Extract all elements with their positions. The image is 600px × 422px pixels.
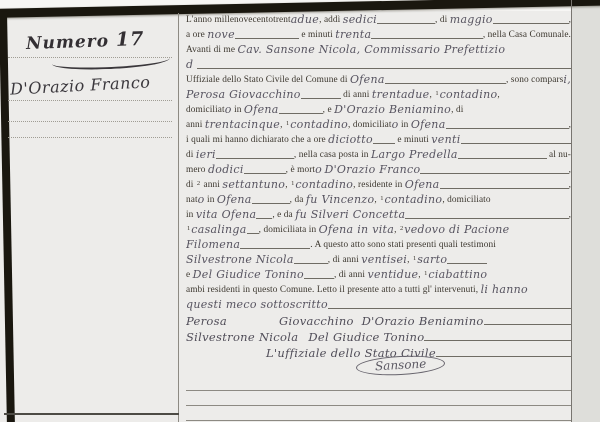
record-line: questi meco sottoscritto: [186, 296, 571, 311]
blank-rule: [235, 38, 299, 39]
handwritten-text: Perosa: [186, 315, 227, 327]
blank-rule: [256, 218, 272, 219]
printed-text: , nella Casa Comunale.: [483, 30, 571, 41]
blank-rule: [458, 158, 547, 159]
handwritten-text: i,: [563, 74, 571, 86]
handwritten-text: ciabattino: [428, 269, 487, 281]
handwritten-text: venti: [431, 134, 460, 146]
margin-separator-line: [178, 13, 179, 422]
handwritten-text: nove: [207, 29, 235, 41]
handwritten-text: o: [198, 194, 205, 206]
handwritten-text: D'Orazio Beniamino: [334, 104, 451, 116]
handwritten-text: Cav. Sansone Nicola, Commissario Prefett…: [237, 44, 505, 56]
footnote-mark: 1: [291, 180, 294, 187]
record-line: e Del Giudice Tonino, di anni ventidue, …: [186, 266, 571, 281]
printed-text: e minuti: [299, 30, 335, 41]
handwritten-text: Ofena: [411, 119, 446, 131]
printed-text: mero: [186, 165, 208, 176]
blank-rule: [304, 278, 334, 279]
printed-text: di: [186, 150, 196, 161]
handwritten-text: Del Giudice Tonino: [308, 331, 424, 343]
printed-text: a ore: [186, 30, 207, 41]
record-line: Filomena. A questo atto sono stati prese…: [186, 236, 571, 251]
handwritten-text: Silvestrone Nicola: [186, 254, 294, 266]
handwritten-text: trenta: [335, 29, 371, 41]
handwritten-text: contadino: [384, 194, 442, 206]
act-text-column: L'anno millenovecentotrentadue, addì sed…: [186, 11, 571, 421]
handwritten-text: diciotto: [328, 134, 373, 146]
margin-column: Numero 17 D'Orazio Franco: [0, 0, 178, 422]
printed-text: di: [186, 180, 196, 191]
footnote-mark: 2: [197, 180, 200, 187]
blank-rule: [216, 158, 294, 159]
printed-text: ,: [429, 90, 434, 101]
blank-rule: [405, 218, 568, 219]
handwritten-text: o: [225, 104, 232, 116]
printed-text: in: [186, 210, 196, 221]
handwritten-text: Giovacchino D'Orazio Beniamino: [279, 315, 484, 327]
handwritten-text: dodici: [208, 164, 244, 176]
blank-rule: [247, 233, 259, 234]
handwritten-text: casalinga: [191, 224, 246, 236]
margin-dotted-rule: [8, 137, 172, 138]
record-line: in vita Ofena, e da fu Silveri Concetta,: [186, 206, 571, 221]
blank-rule: [373, 143, 395, 144]
blank-rule: [446, 128, 569, 129]
handwritten-text: vita Ofena: [196, 209, 256, 221]
footnote-mark: 1: [413, 255, 416, 262]
printed-text: , domiciliat: [348, 120, 392, 131]
handwritten-text: Ofena: [217, 194, 252, 206]
empty-ruled-line: [186, 406, 571, 421]
handwritten-text: contadino: [295, 179, 353, 191]
handwritten-text: li hanno: [481, 284, 528, 296]
death-record-scan: Numero 17 D'Orazio Franco L'anno milleno…: [0, 0, 600, 422]
printed-text: , è mort: [286, 165, 315, 176]
printed-text: anni: [186, 120, 205, 131]
printed-text: ,: [569, 180, 571, 191]
record-line: di ieri, nella casa posta in Largo Prede…: [186, 146, 571, 161]
record-line: L'anno millenovecentotrentadue, addì sed…: [186, 11, 571, 26]
blank-rule: [252, 203, 290, 204]
footnote-mark: 1: [187, 225, 190, 232]
printed-text: in: [232, 105, 244, 116]
blank-rule: [197, 68, 571, 69]
handwritten-text: Perosa Giovacchino: [186, 89, 301, 101]
record-line: d: [186, 56, 571, 71]
record-line: domiciliato in Ofena, e D'Orazio Beniami…: [186, 101, 571, 116]
handwritten-text: vedovo di Pacione: [404, 224, 509, 236]
printed-text: ambi residenti in questo Comune. Letto i…: [186, 285, 481, 296]
handwritten-text: maggio: [450, 14, 493, 26]
handwritten-text: Filomena: [186, 239, 240, 251]
blank-rule: [420, 173, 568, 174]
printed-text: di anni: [341, 90, 372, 101]
record-number: Numero 17: [26, 28, 145, 54]
printed-text: , di: [451, 105, 463, 116]
printed-text: ,: [497, 90, 499, 101]
handwritten-text: o: [392, 119, 399, 131]
margin-dotted-rule: [8, 121, 172, 122]
handwritten-text: contadino: [440, 89, 498, 101]
handwritten-text: trentacinque: [205, 119, 280, 131]
blank-rule: [484, 324, 571, 325]
blank-rule: [371, 38, 482, 39]
empty-ruled-line: [186, 391, 571, 406]
printed-text: L'anno millenovecentotrent: [186, 15, 291, 26]
printed-text: ,: [280, 120, 285, 131]
printed-text: ,: [374, 195, 379, 206]
record-line: anni trentacinque, 1contadino, domicilia…: [186, 116, 571, 131]
printed-text: ,: [418, 270, 423, 281]
blank-rule: [447, 263, 487, 264]
printed-text: ,: [407, 255, 412, 266]
record-line: 1casalinga, domiciliata in Ofena in vita…: [186, 221, 571, 236]
record-line: di 2 anni settantuno, 1contadino, reside…: [186, 176, 571, 191]
footnote-mark: 1: [380, 195, 383, 202]
handwritten-text: sedici: [343, 14, 377, 26]
handwritten-text: sarto: [417, 254, 447, 266]
signature-row: Sansone: [186, 359, 571, 376]
handwritten-text: fu Silveri Concetta: [295, 209, 405, 221]
printed-text: . A questo atto sono stati presenti qual…: [310, 240, 496, 251]
printed-text: ,: [285, 180, 290, 191]
printed-text: ,: [569, 15, 571, 26]
printed-text: , di anni: [328, 255, 362, 266]
footnote-mark: 1: [286, 120, 289, 127]
printed-text: e: [186, 270, 193, 281]
handwritten-text: Ofena: [350, 74, 385, 86]
handwritten-text: settantuno: [222, 179, 285, 191]
printed-text: Avanti di me: [186, 45, 237, 56]
printed-text: al nu-: [547, 150, 571, 161]
handwritten-text: Largo Predella: [371, 149, 458, 161]
handwritten-text: d: [186, 59, 197, 71]
handwritten-text: D'Orazio Franco: [324, 164, 420, 176]
handwritten-text: adue: [291, 14, 319, 26]
record-line: ambi residenti in questo Comune. Letto i…: [186, 281, 571, 296]
record-line: PerosaGiovacchino D'Orazio Beniamino: [186, 311, 571, 327]
printed-text: , da: [290, 195, 306, 206]
handwritten-text: Del Giudice Tonino: [193, 269, 304, 281]
handwritten-text: ventisei: [361, 254, 407, 266]
printed-text: , residente in: [353, 180, 405, 191]
printed-text: in: [205, 195, 217, 206]
numero-label: Numero: [26, 31, 117, 54]
printed-text: , e da: [272, 210, 295, 221]
printed-text: domiciliat: [186, 105, 225, 116]
handwritten-text: contadino: [290, 119, 348, 131]
right-rule-line: [571, 0, 572, 422]
empty-ruled-line: [186, 376, 571, 391]
handwritten-text: Ofena in vita: [319, 224, 394, 236]
printed-text: nat: [186, 195, 198, 206]
record-line: Avanti di me Cav. Sansone Nicola, Commis…: [186, 41, 571, 56]
flourish-stroke: [52, 56, 170, 71]
printed-text: , domiciliato: [442, 195, 490, 206]
blank-rule: [493, 23, 569, 24]
blank-rule: [424, 340, 571, 341]
printed-text: , domiciliata in: [259, 225, 319, 236]
margin-dotted-rule: [8, 57, 172, 58]
record-line: L'uffiziale dello Stato Civile: [186, 343, 571, 359]
printed-text: , sono compars: [506, 75, 563, 86]
handwritten-text: ieri: [196, 149, 216, 161]
blank-rule: [436, 356, 571, 357]
blank-rule: [279, 113, 323, 114]
blank-rule: [294, 263, 328, 264]
printed-text: ,: [569, 165, 571, 176]
right-margin-strip: [572, 0, 600, 422]
blank-rule: [301, 98, 341, 99]
handwritten-text: trentadue: [372, 89, 430, 101]
blank-rule: [328, 308, 571, 309]
record-line: mero dodici, è morto D'Orazio Franco,: [186, 161, 571, 176]
footnote-mark: 2: [400, 225, 403, 232]
blank-rule: [440, 188, 569, 189]
record-line: nato in Ofena, da fu Vincenzo, 1contadin…: [186, 191, 571, 206]
printed-text: , nella casa posta in: [294, 150, 371, 161]
record-line: a ore nove e minuti trenta, nella Casa C…: [186, 26, 571, 41]
handwritten-text: Ofena: [405, 179, 440, 191]
footnote-mark: 1: [435, 90, 438, 97]
handwritten-text: fu Vincenzo: [306, 194, 374, 206]
numero-value: 17: [116, 28, 145, 51]
record-line: Uffiziale dello Stato Civile del Comune …: [186, 71, 571, 86]
record-line: Perosa Giovacchino di anni trentadue, 1c…: [186, 86, 571, 101]
record-line: Silvestrone NicolaDel Giudice Tonino: [186, 327, 571, 343]
blank-rule: [461, 143, 571, 144]
printed-text: , e: [323, 105, 335, 116]
record-line: i quali mi hanno dichiarato che a ore di…: [186, 131, 571, 146]
blank-rule: [377, 23, 435, 24]
printed-text: Uffiziale dello Stato Civile del Comune …: [186, 75, 350, 86]
handwritten-text: Ofena: [244, 104, 279, 116]
handwritten-text: ventidue: [367, 269, 418, 281]
printed-text: , addì: [319, 15, 343, 26]
printed-text: anni: [201, 180, 222, 191]
blank-rule: [385, 83, 506, 84]
printed-text: ,: [569, 210, 571, 221]
handwritten-text: Silvestrone Nicola: [186, 331, 298, 343]
handwritten-text: o: [315, 164, 322, 176]
printed-text: ,: [569, 120, 571, 131]
printed-text: i quali mi hanno dichiarato che a ore: [186, 135, 328, 146]
printed-text: , di anni: [334, 270, 368, 281]
printed-text: e minuti: [395, 135, 431, 146]
printed-text: ,: [394, 225, 399, 236]
handwritten-text: questi meco sottoscritto: [186, 299, 328, 311]
printed-text: in: [399, 120, 411, 131]
blank-rule: [240, 248, 310, 249]
record-line: Silvestrone Nicola, di anni ventisei, 1s…: [186, 251, 571, 266]
margin-dotted-rule: [8, 100, 172, 101]
margin-deceased-name: D'Orazio Franco: [10, 72, 151, 98]
printed-text: , di: [435, 15, 450, 26]
footnote-mark: 1: [424, 270, 427, 277]
blank-rule: [244, 173, 286, 174]
